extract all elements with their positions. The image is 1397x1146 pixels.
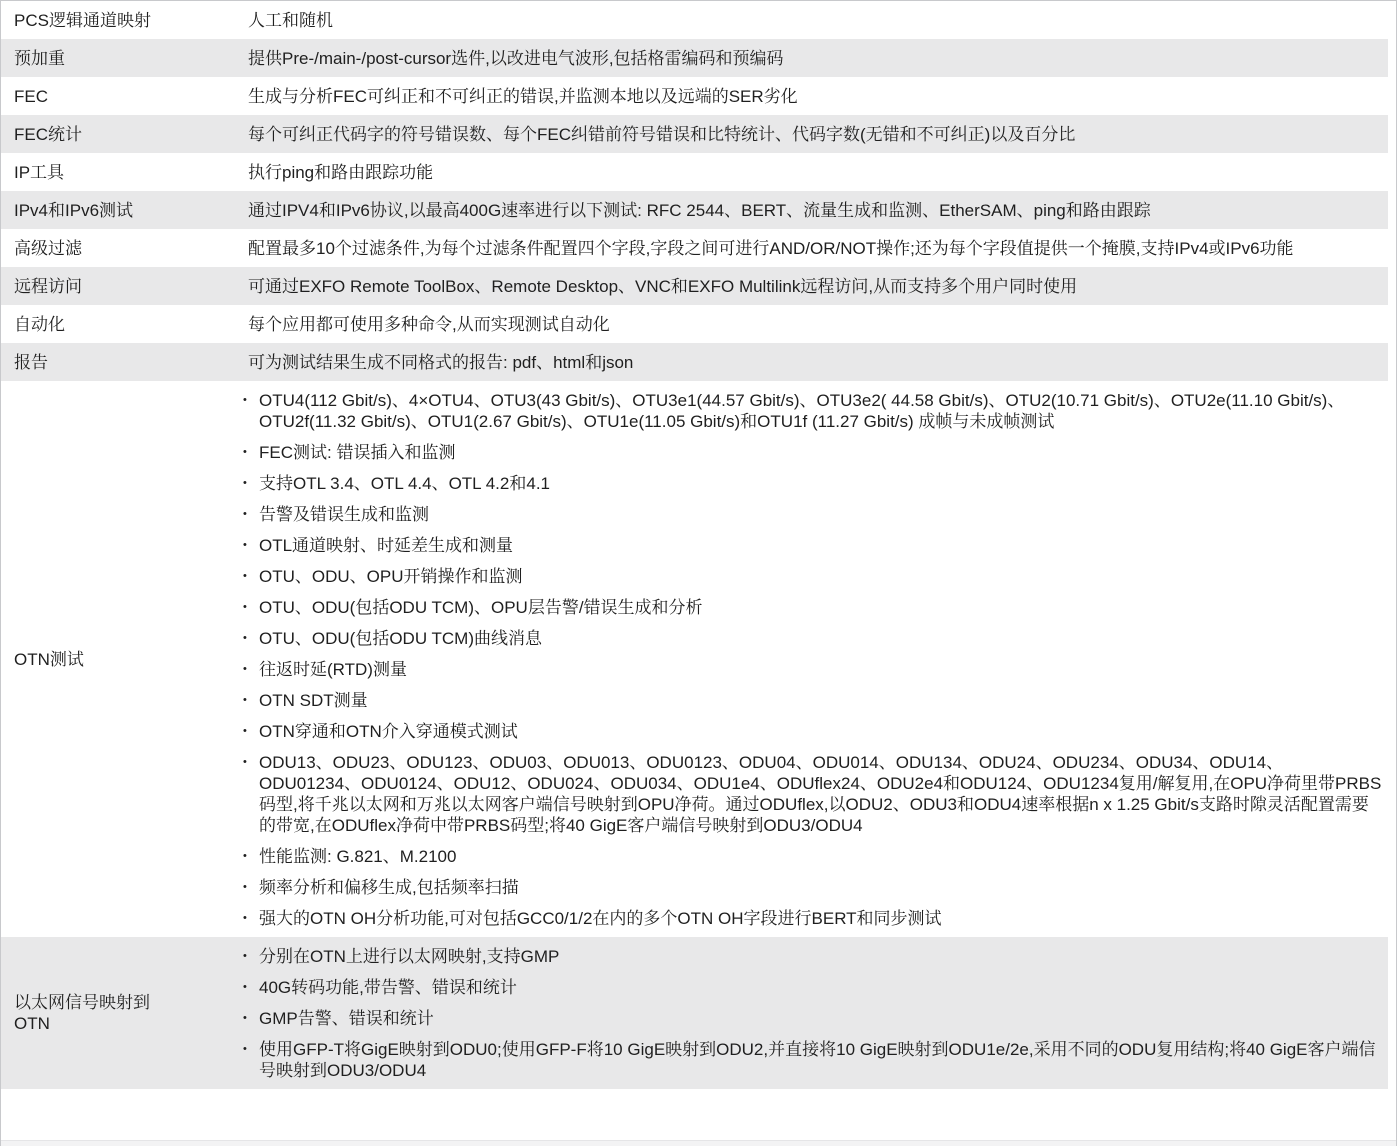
bullet-item: •OTU、ODU(包括ODU TCM)、OPU层告警/错误生成和分析: [241, 597, 1384, 618]
feature-description-cell: 每个应用都可使用多种命令,从而实现测试自动化: [235, 305, 1388, 343]
spec-row: FEC统计每个可纠正代码字的符号错误数、每个FEC纠错前符号错误和比特统计、代码…: [1, 115, 1388, 153]
feature-description: 配置最多10个过滤条件,为每个过滤条件配置四个字段,字段之间可进行AND/OR/…: [248, 238, 1294, 259]
bullet-icon: •: [241, 721, 259, 742]
bullet-icon: •: [241, 977, 259, 998]
bullet-icon: •: [241, 908, 259, 929]
bullet-item: •频率分析和偏移生成,包括频率扫描: [241, 877, 1384, 898]
feature-name-cell: IPv4和IPv6测试: [1, 191, 235, 229]
feature-bullet-list: •OTU4(112 Gbit/s)、4×OTU4、OTU3(43 Gbit/s)…: [241, 390, 1384, 929]
bullet-item: •OTL通道映射、时延差生成和测量: [241, 535, 1384, 556]
feature-description-cell: 配置最多10个过滤条件,为每个过滤条件配置四个字段,字段之间可进行AND/OR/…: [235, 229, 1388, 267]
feature-bullet-list: •分别在OTN上进行以太网映射,支持GMP•40G转码功能,带告警、错误和统计•…: [241, 946, 1384, 1081]
feature-description: 执行ping和路由跟踪功能: [248, 162, 433, 183]
bullet-item: •OTN穿通和OTN介入穿通模式测试: [241, 721, 1384, 742]
feature-name: IPv4和IPv6测试: [14, 200, 133, 221]
bullet-item: •GMP告警、错误和统计: [241, 1008, 1384, 1029]
bullet-text: OTU、ODU(包括ODU TCM)、OPU层告警/错误生成和分析: [259, 597, 1384, 618]
bullet-item: •性能监测: G.821、M.2100: [241, 846, 1384, 867]
spec-row: FEC生成与分析FEC可纠正和不可纠正的错误,并监测本地以及远端的SER劣化: [1, 77, 1388, 115]
feature-name-cell: OTN测试: [1, 381, 235, 937]
feature-name: PCS逻辑通道映射: [14, 10, 151, 31]
feature-name-cell: FEC: [1, 77, 235, 115]
feature-name-cell: IP工具: [1, 153, 235, 191]
feature-description-cell: 每个可纠正代码字的符号错误数、每个FEC纠错前符号错误和比特统计、代码字数(无错…: [235, 115, 1388, 153]
bullet-text: 分别在OTN上进行以太网映射,支持GMP: [259, 946, 1384, 967]
feature-name: IP工具: [14, 162, 64, 183]
bullet-item: •OTN SDT测量: [241, 690, 1384, 711]
bullet-item: •40G转码功能,带告警、错误和统计: [241, 977, 1384, 998]
feature-name: FEC: [14, 86, 48, 107]
bullet-icon: •: [241, 473, 259, 494]
feature-description-cell: 提供Pre-/main-/post-cursor选件,以改进电气波形,包括格雷编…: [235, 39, 1388, 77]
feature-description-cell: 执行ping和路由跟踪功能: [235, 153, 1388, 191]
bullet-text: 强大的OTN OH分析功能,可对包括GCC0/1/2在内的多个OTN OH字段进…: [259, 908, 1384, 929]
bullet-text: OTU、ODU(包括ODU TCM)曲线消息: [259, 628, 1384, 649]
bullet-text: 性能监测: G.821、M.2100: [259, 846, 1384, 867]
bullet-icon: •: [241, 752, 259, 836]
feature-name: 远程访问: [14, 276, 82, 297]
bullet-text: FEC测试: 错误插入和监测: [259, 442, 1384, 463]
bullet-icon: •: [241, 442, 259, 463]
feature-name: FEC统计: [14, 124, 82, 145]
feature-description-cell: 通过IPV4和IPv6协议,以最高400G速率进行以下测试: RFC 2544、…: [235, 191, 1388, 229]
feature-description: 生成与分析FEC可纠正和不可纠正的错误,并监测本地以及远端的SER劣化: [248, 86, 798, 107]
bullet-text: 使用GFP-T将GigE映射到ODU0;使用GFP-F将10 GigE映射到OD…: [259, 1039, 1384, 1081]
spec-table-rows: PCS逻辑通道映射人工和随机预加重提供Pre-/main-/post-curso…: [1, 1, 1388, 1089]
bullet-text: OTN穿通和OTN介入穿通模式测试: [259, 721, 1384, 742]
bullet-icon: •: [241, 659, 259, 680]
feature-name: 自动化: [14, 314, 65, 335]
bullet-item: •分别在OTN上进行以太网映射,支持GMP: [241, 946, 1384, 967]
bullet-icon: •: [241, 1008, 259, 1029]
bullet-item: •支持OTL 3.4、OTL 4.4、OTL 4.2和4.1: [241, 473, 1384, 494]
feature-description: 人工和随机: [248, 10, 333, 31]
bullet-text: 40G转码功能,带告警、错误和统计: [259, 977, 1384, 998]
bullet-item: •OTU、ODU、OPU开销操作和监测: [241, 566, 1384, 587]
spec-row: 预加重提供Pre-/main-/post-cursor选件,以改进电气波形,包括…: [1, 39, 1388, 77]
bullet-item: •FEC测试: 错误插入和监测: [241, 442, 1384, 463]
feature-description: 通过IPV4和IPv6协议,以最高400G速率进行以下测试: RFC 2544、…: [248, 200, 1151, 221]
bullet-item: •告警及错误生成和监测: [241, 504, 1384, 525]
bullet-icon: •: [241, 628, 259, 649]
bullet-text: 告警及错误生成和监测: [259, 504, 1384, 525]
feature-description: 可通过EXFO Remote ToolBox、Remote Desktop、VN…: [248, 276, 1077, 297]
spec-row: PCS逻辑通道映射人工和随机: [1, 1, 1388, 39]
feature-description-cell: 可为测试结果生成不同格式的报告: pdf、html和json: [235, 343, 1388, 381]
bullet-text: OTU4(112 Gbit/s)、4×OTU4、OTU3(43 Gbit/s)、…: [259, 390, 1384, 432]
bullet-icon: •: [241, 566, 259, 587]
bullet-text: OTN SDT测量: [259, 690, 1384, 711]
feature-name-cell: 高级过滤: [1, 229, 235, 267]
bullet-item: •使用GFP-T将GigE映射到ODU0;使用GFP-F将10 GigE映射到O…: [241, 1039, 1384, 1081]
feature-name: 高级过滤: [14, 238, 82, 259]
feature-description: 每个可纠正代码字的符号错误数、每个FEC纠错前符号错误和比特统计、代码字数(无错…: [248, 124, 1075, 145]
spec-row: 高级过滤配置最多10个过滤条件,为每个过滤条件配置四个字段,字段之间可进行AND…: [1, 229, 1388, 267]
bullet-icon: •: [241, 877, 259, 898]
bullet-text: OTL通道映射、时延差生成和测量: [259, 535, 1384, 556]
bullet-item: •OTU4(112 Gbit/s)、4×OTU4、OTU3(43 Gbit/s)…: [241, 390, 1384, 432]
bullet-icon: •: [241, 390, 259, 432]
spec-row: 自动化每个应用都可使用多种命令,从而实现测试自动化: [1, 305, 1388, 343]
spec-row: OTN测试•OTU4(112 Gbit/s)、4×OTU4、OTU3(43 Gb…: [1, 381, 1388, 937]
bullet-text: GMP告警、错误和统计: [259, 1008, 1384, 1029]
bottom-clip-strip: [1, 1140, 1396, 1146]
bullet-icon: •: [241, 535, 259, 556]
feature-description-cell: •OTU4(112 Gbit/s)、4×OTU4、OTU3(43 Gbit/s)…: [235, 381, 1388, 937]
feature-name-cell: PCS逻辑通道映射: [1, 1, 235, 39]
bullet-item: •ODU13、ODU23、ODU123、ODU03、ODU013、ODU0123…: [241, 752, 1384, 836]
feature-description-cell: 人工和随机: [235, 1, 1388, 39]
spec-row: 以太网信号映射到OTN•分别在OTN上进行以太网映射,支持GMP•40G转码功能…: [1, 937, 1388, 1089]
bullet-text: 支持OTL 3.4、OTL 4.4、OTL 4.2和4.1: [259, 473, 1384, 494]
feature-description-cell: 生成与分析FEC可纠正和不可纠正的错误,并监测本地以及远端的SER劣化: [235, 77, 1388, 115]
feature-name-cell: FEC统计: [1, 115, 235, 153]
feature-description-cell: •分别在OTN上进行以太网映射,支持GMP•40G转码功能,带告警、错误和统计•…: [235, 937, 1388, 1089]
feature-name: 以太网信号映射到OTN: [14, 992, 175, 1034]
bullet-text: 往返时延(RTD)测量: [259, 659, 1384, 680]
bullet-icon: •: [241, 597, 259, 618]
bullet-text: OTU、ODU、OPU开销操作和监测: [259, 566, 1384, 587]
bullet-item: •OTU、ODU(包括ODU TCM)曲线消息: [241, 628, 1384, 649]
bullet-text: ODU13、ODU23、ODU123、ODU03、ODU013、ODU0123、…: [259, 752, 1384, 836]
feature-name: OTN测试: [14, 649, 84, 670]
bullet-icon: •: [241, 1039, 259, 1081]
bullet-item: •强大的OTN OH分析功能,可对包括GCC0/1/2在内的多个OTN OH字段…: [241, 908, 1384, 929]
bullet-text: 频率分析和偏移生成,包括频率扫描: [259, 877, 1384, 898]
bullet-icon: •: [241, 946, 259, 967]
feature-description-cell: 可通过EXFO Remote ToolBox、Remote Desktop、VN…: [235, 267, 1388, 305]
feature-name-cell: 远程访问: [1, 267, 235, 305]
spec-row: 报告可为测试结果生成不同格式的报告: pdf、html和json: [1, 343, 1388, 381]
feature-name: 预加重: [14, 48, 65, 69]
spec-row: IP工具执行ping和路由跟踪功能: [1, 153, 1388, 191]
feature-name-cell: 自动化: [1, 305, 235, 343]
spec-table: PCS逻辑通道映射人工和随机预加重提供Pre-/main-/post-curso…: [0, 0, 1397, 1146]
feature-description: 可为测试结果生成不同格式的报告: pdf、html和json: [248, 352, 633, 373]
feature-name: 报告: [14, 352, 48, 373]
bullet-icon: •: [241, 690, 259, 711]
feature-name-cell: 报告: [1, 343, 235, 381]
feature-name-cell: 以太网信号映射到OTN: [1, 937, 235, 1089]
spec-row: IPv4和IPv6测试通过IPV4和IPv6协议,以最高400G速率进行以下测试…: [1, 191, 1388, 229]
feature-description: 每个应用都可使用多种命令,从而实现测试自动化: [248, 314, 610, 335]
feature-description: 提供Pre-/main-/post-cursor选件,以改进电气波形,包括格雷编…: [248, 48, 784, 69]
bullet-item: •往返时延(RTD)测量: [241, 659, 1384, 680]
bullet-icon: •: [241, 504, 259, 525]
spec-row: 远程访问可通过EXFO Remote ToolBox、Remote Deskto…: [1, 267, 1388, 305]
bullet-icon: •: [241, 846, 259, 867]
feature-name-cell: 预加重: [1, 39, 235, 77]
